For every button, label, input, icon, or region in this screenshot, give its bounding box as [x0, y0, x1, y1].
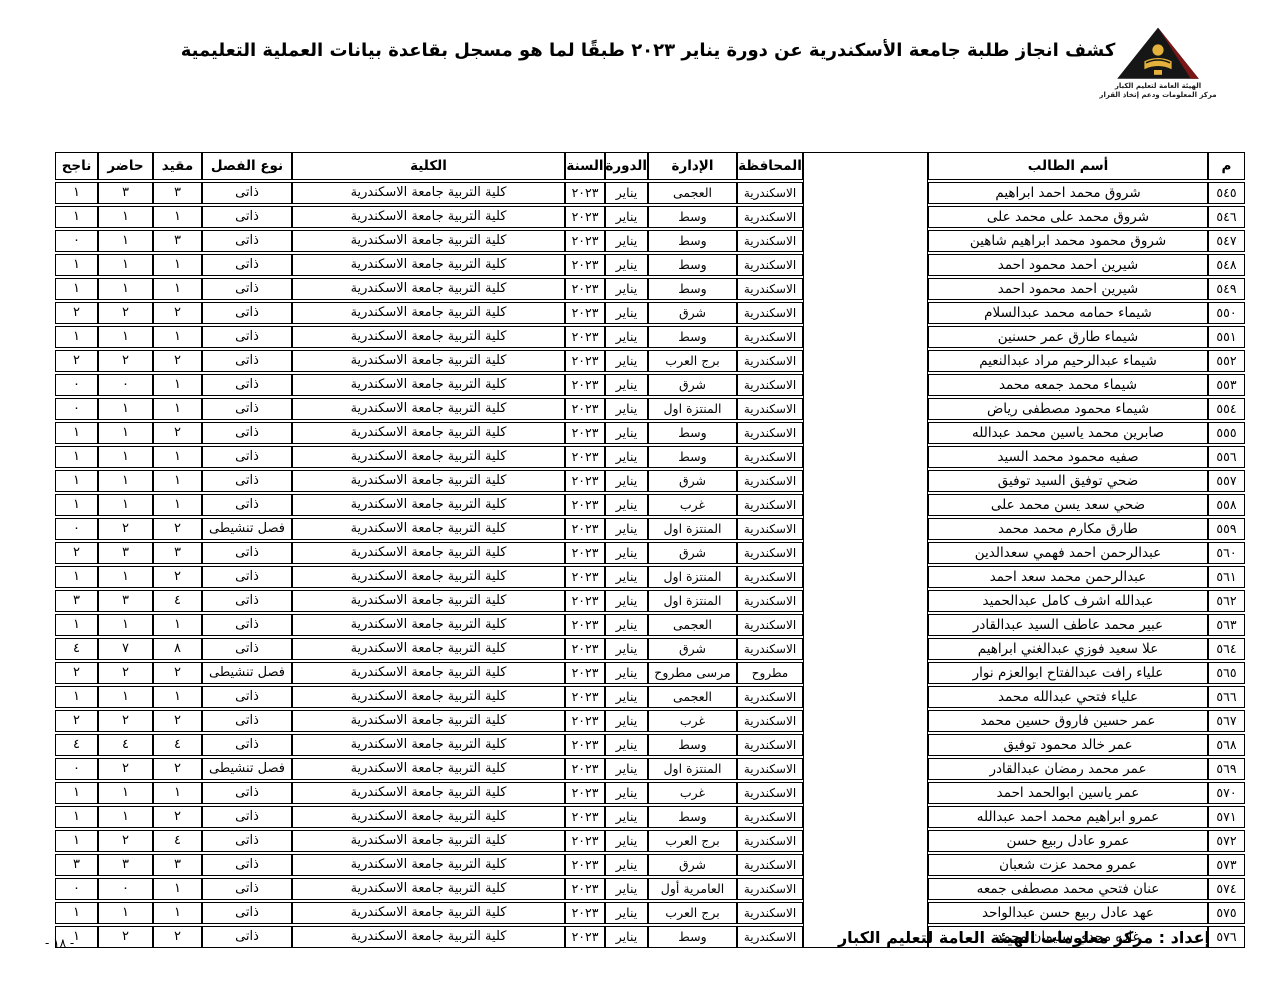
- cell-serial: ٥٥٩: [1208, 518, 1245, 540]
- cell-attended: ١: [98, 230, 153, 252]
- cell-college: كلية التربية جامعة الاسكندرية: [292, 350, 565, 372]
- cell-serial: ٥٧٥: [1208, 902, 1245, 924]
- cell-student-name: عمرو ابراهيم محمد احمد عبدالله: [928, 806, 1208, 828]
- table-row: ٥٤٥شروق محمد احمد ابراهيمالاسكندريةالعجم…: [55, 182, 1245, 204]
- cell-session: يناير: [605, 278, 648, 300]
- cell-college: كلية التربية جامعة الاسكندرية: [292, 614, 565, 636]
- cell-class-type: ذاتى: [202, 926, 292, 948]
- cell-governorate: مطروح: [737, 662, 803, 684]
- table-header-row: م أسم الطالب المحافظة الإدارة الدورة الس…: [55, 152, 1245, 180]
- cell-college: كلية التربية جامعة الاسكندرية: [292, 542, 565, 564]
- cell-governorate: الاسكندرية: [737, 230, 803, 252]
- cell-enrolled: ١: [153, 446, 202, 468]
- cell-governorate: الاسكندرية: [737, 566, 803, 588]
- cell-passed: ١: [55, 470, 98, 492]
- table-row: ٥٧١عمرو ابراهيم محمد احمد عبداللهالاسكند…: [55, 806, 1245, 828]
- cell-attended: ١: [98, 614, 153, 636]
- table-row: ٥٤٧شروق محمود محمد ابراهيم شاهينالاسكندر…: [55, 230, 1245, 252]
- cell-year: ٢٠٢٣: [565, 614, 605, 636]
- cell-class-type: ذاتى: [202, 782, 292, 804]
- cell-passed: ١: [55, 446, 98, 468]
- cell-enrolled: ١: [153, 494, 202, 516]
- cell-class-type: ذاتى: [202, 590, 292, 612]
- cell-session: يناير: [605, 854, 648, 876]
- cell-year: ٢٠٢٣: [565, 494, 605, 516]
- cell-passed: ٠: [55, 230, 98, 252]
- cell-class-type: ذاتى: [202, 326, 292, 348]
- cell-session: يناير: [605, 422, 648, 444]
- cell-class-type: ذاتى: [202, 470, 292, 492]
- authority-logo: الهيئة العامة لتعليم الكبار مركز المعلوم…: [1078, 26, 1238, 100]
- cell-serial: ٥٤٦: [1208, 206, 1245, 228]
- cell-attended: ٧: [98, 638, 153, 660]
- cell-administration: المنتزة اول: [648, 518, 737, 540]
- cell-student-name: شيرين احمد محمود احمد: [928, 254, 1208, 276]
- cell-college: كلية التربية جامعة الاسكندرية: [292, 806, 565, 828]
- cell-passed: ١: [55, 902, 98, 924]
- cell-year: ٢٠٢٣: [565, 806, 605, 828]
- cell-class-type: ذاتى: [202, 350, 292, 372]
- cell-enrolled: ٣: [153, 542, 202, 564]
- cell-college: كلية التربية جامعة الاسكندرية: [292, 374, 565, 396]
- cell-governorate: الاسكندرية: [737, 278, 803, 300]
- header-passed: ناجح: [55, 152, 98, 180]
- cell-serial: ٥٥٣: [1208, 374, 1245, 396]
- cell-administration: غرب: [648, 494, 737, 516]
- cell-governorate: الاسكندرية: [737, 254, 803, 276]
- cell-governorate: الاسكندرية: [737, 638, 803, 660]
- cell-passed: ١: [55, 326, 98, 348]
- cell-session: يناير: [605, 830, 648, 852]
- table-row: ٥٧٢عمرو عادل ربيع حسنالاسكندريةبرج العرب…: [55, 830, 1245, 852]
- cell-administration: غرب: [648, 710, 737, 732]
- cell-passed: ١: [55, 206, 98, 228]
- cell-passed: ١: [55, 566, 98, 588]
- cell-student-name: عمر ياسين ابوالحمد احمد: [928, 782, 1208, 804]
- cell-governorate: الاسكندرية: [737, 326, 803, 348]
- header-governorate: المحافظة: [737, 152, 803, 180]
- cell-college: كلية التربية جامعة الاسكندرية: [292, 278, 565, 300]
- cell-enrolled: ٢: [153, 758, 202, 780]
- cell-governorate: الاسكندرية: [737, 902, 803, 924]
- cell-administration: المنتزة اول: [648, 590, 737, 612]
- cell-passed: ٢: [55, 350, 98, 372]
- cell-enrolled: ٢: [153, 926, 202, 948]
- cell-year: ٢٠٢٣: [565, 374, 605, 396]
- cell-class-type: ذاتى: [202, 398, 292, 420]
- cell-class-type: ذاتى: [202, 206, 292, 228]
- cell-administration: المنتزة اول: [648, 566, 737, 588]
- cell-administration: العجمى: [648, 182, 737, 204]
- cell-class-type: ذاتى: [202, 374, 292, 396]
- cell-serial: ٥٦٦: [1208, 686, 1245, 708]
- table-row: ٥٦٢عبدالله اشرف كامل عبدالحميدالاسكندرية…: [55, 590, 1245, 612]
- cell-student-name: عمر محمد رمضان عبدالقادر: [928, 758, 1208, 780]
- cell-enrolled: ٢: [153, 806, 202, 828]
- table-row: ٥٦٤علا سعيد فوزي عبدالغني ابراهيمالاسكند…: [55, 638, 1245, 660]
- table-row: ٥٥٥صابرين محمد ياسين محمد عبداللهالاسكند…: [55, 422, 1245, 444]
- cell-administration: المنتزة اول: [648, 398, 737, 420]
- cell-serial: ٥٦٣: [1208, 614, 1245, 636]
- cell-year: ٢٠٢٣: [565, 278, 605, 300]
- cell-class-type: ذاتى: [202, 494, 292, 516]
- cell-college: كلية التربية جامعة الاسكندرية: [292, 854, 565, 876]
- cell-session: يناير: [605, 206, 648, 228]
- table-row: ٥٤٨شيرين احمد محمود احمدالاسكندريةوسطينا…: [55, 254, 1245, 276]
- cell-class-type: ذاتى: [202, 830, 292, 852]
- cell-class-type: ذاتى: [202, 734, 292, 756]
- cell-enrolled: ١: [153, 398, 202, 420]
- cell-administration: شرق: [648, 542, 737, 564]
- cell-session: يناير: [605, 686, 648, 708]
- cell-governorate: الاسكندرية: [737, 830, 803, 852]
- cell-serial: ٥٥١: [1208, 326, 1245, 348]
- report-sheet: كشف انجاز طلبة جامعة الأسكندرية عن دورة …: [0, 0, 1280, 988]
- cell-enrolled: ٢: [153, 302, 202, 324]
- cell-year: ٢٠٢٣: [565, 758, 605, 780]
- cell-student-name: شروق محمد على محمد على: [928, 206, 1208, 228]
- cell-college: كلية التربية جامعة الاسكندرية: [292, 470, 565, 492]
- cell-serial: ٥٥٥: [1208, 422, 1245, 444]
- cell-administration: وسط: [648, 422, 737, 444]
- header-student-name: أسم الطالب: [928, 152, 1208, 180]
- cell-college: كلية التربية جامعة الاسكندرية: [292, 182, 565, 204]
- cell-year: ٢٠٢٣: [565, 182, 605, 204]
- cell-passed: ٣: [55, 590, 98, 612]
- cell-session: يناير: [605, 614, 648, 636]
- cell-passed: ٠: [55, 878, 98, 900]
- cell-attended: ١: [98, 686, 153, 708]
- table-row: ٥٧٥عهد عادل ربيع حسن عبدالواحدالاسكندرية…: [55, 902, 1245, 924]
- cell-administration: العجمى: [648, 614, 737, 636]
- table-row: ٥٥٩طارق مكارم محمد محمدالاسكندريةالمنتزة…: [55, 518, 1245, 540]
- cell-attended: ٤: [98, 734, 153, 756]
- cell-session: يناير: [605, 926, 648, 948]
- cell-college: كلية التربية جامعة الاسكندرية: [292, 230, 565, 252]
- cell-governorate: الاسكندرية: [737, 782, 803, 804]
- cell-attended: ٣: [98, 590, 153, 612]
- cell-serial: ٥٥٠: [1208, 302, 1245, 324]
- cell-enrolled: ١: [153, 878, 202, 900]
- cell-administration: شرق: [648, 374, 737, 396]
- cell-passed: ٤: [55, 734, 98, 756]
- cell-session: يناير: [605, 374, 648, 396]
- cell-attended: ٣: [98, 542, 153, 564]
- cell-serial: ٥٥٨: [1208, 494, 1245, 516]
- cell-student-name: عبدالرحمن محمد سعد احمد: [928, 566, 1208, 588]
- cell-student-name: عمر حسين فاروق حسين محمد: [928, 710, 1208, 732]
- cell-governorate: الاسكندرية: [737, 854, 803, 876]
- table-row: ٥٦٨عمر خالد محمود توفيقالاسكندريةوسطيناي…: [55, 734, 1245, 756]
- cell-enrolled: ٤: [153, 590, 202, 612]
- cell-passed: ٢: [55, 710, 98, 732]
- cell-year: ٢٠٢٣: [565, 446, 605, 468]
- cell-governorate: الاسكندرية: [737, 758, 803, 780]
- cell-session: يناير: [605, 470, 648, 492]
- cell-student-name: عبدالرحمن احمد فهمي سعدالدين: [928, 542, 1208, 564]
- cell-college: كلية التربية جامعة الاسكندرية: [292, 446, 565, 468]
- cell-passed: ١: [55, 806, 98, 828]
- cell-governorate: الاسكندرية: [737, 878, 803, 900]
- cell-college: كلية التربية جامعة الاسكندرية: [292, 590, 565, 612]
- cell-enrolled: ٢: [153, 518, 202, 540]
- cell-enrolled: ٢: [153, 566, 202, 588]
- cell-passed: ١: [55, 686, 98, 708]
- table-row: ٥٤٩شيرين احمد محمود احمدالاسكندريةوسطينا…: [55, 278, 1245, 300]
- cell-year: ٢٠٢٣: [565, 782, 605, 804]
- cell-attended: ٢: [98, 926, 153, 948]
- cell-session: يناير: [605, 782, 648, 804]
- cell-attended: ٢: [98, 350, 153, 372]
- table-row: ٥٦٧عمر حسين فاروق حسين محمدالاسكندريةغرب…: [55, 710, 1245, 732]
- cell-session: يناير: [605, 350, 648, 372]
- table-row: ٥٦٥علياء رافت عبدالفتاح ابوالعزم نوارمطر…: [55, 662, 1245, 684]
- cell-administration: وسط: [648, 926, 737, 948]
- cell-student-name: عهد عادل ربيع حسن عبدالواحد: [928, 902, 1208, 924]
- cell-class-type: فصل تنشيطى: [202, 662, 292, 684]
- cell-year: ٢٠٢٣: [565, 398, 605, 420]
- cell-attended: ١: [98, 470, 153, 492]
- cell-passed: ١: [55, 182, 98, 204]
- cell-college: كلية التربية جامعة الاسكندرية: [292, 710, 565, 732]
- cell-class-type: ذاتى: [202, 230, 292, 252]
- cell-class-type: ذاتى: [202, 878, 292, 900]
- cell-session: يناير: [605, 302, 648, 324]
- cell-college: كلية التربية جامعة الاسكندرية: [292, 830, 565, 852]
- table-row: ٥٦٩عمر محمد رمضان عبدالقادرالاسكندريةالم…: [55, 758, 1245, 780]
- table-row: ٥٥٤شيماء محمود مصطفى رياضالاسكندريةالمنت…: [55, 398, 1245, 420]
- cell-session: يناير: [605, 758, 648, 780]
- cell-passed: ٠: [55, 758, 98, 780]
- cell-session: يناير: [605, 182, 648, 204]
- cell-college: كلية التربية جامعة الاسكندرية: [292, 326, 565, 348]
- cell-class-type: ذاتى: [202, 638, 292, 660]
- cell-class-type: ذاتى: [202, 542, 292, 564]
- cell-administration: وسط: [648, 446, 737, 468]
- cell-college: كلية التربية جامعة الاسكندرية: [292, 638, 565, 660]
- cell-serial: ٥٧٦: [1208, 926, 1245, 948]
- table-row: ٥٦١عبدالرحمن محمد سعد احمدالاسكندريةالمن…: [55, 566, 1245, 588]
- cell-student-name: صفيه محمود محمد السيد: [928, 446, 1208, 468]
- cell-student-name: شروق محمود محمد ابراهيم شاهين: [928, 230, 1208, 252]
- cell-student-name: علا سعيد فوزي عبدالغني ابراهيم: [928, 638, 1208, 660]
- cell-session: يناير: [605, 326, 648, 348]
- table-row: ٥٤٦شروق محمد على محمد علىالاسكندريةوسطين…: [55, 206, 1245, 228]
- cell-college: كلية التربية جامعة الاسكندرية: [292, 758, 565, 780]
- cell-college: كلية التربية جامعة الاسكندرية: [292, 398, 565, 420]
- cell-session: يناير: [605, 542, 648, 564]
- table-row: ٥٥٠شيماء حمامه محمد عبدالسلامالاسكندريةش…: [55, 302, 1245, 324]
- cell-session: يناير: [605, 734, 648, 756]
- cell-enrolled: ٤: [153, 830, 202, 852]
- cell-attended: ٢: [98, 518, 153, 540]
- cell-class-type: ذاتى: [202, 806, 292, 828]
- table-row: ٥٥٦صفيه محمود محمد السيدالاسكندريةوسطينا…: [55, 446, 1245, 468]
- cell-college: كلية التربية جامعة الاسكندرية: [292, 302, 565, 324]
- cell-administration: مرسى مطروح: [648, 662, 737, 684]
- cell-serial: ٥٧١: [1208, 806, 1245, 828]
- cell-administration: وسط: [648, 806, 737, 828]
- cell-student-name: عمرو محمد عزت شعبان: [928, 854, 1208, 876]
- cell-student-name: شيماء حمامه محمد عبدالسلام: [928, 302, 1208, 324]
- cell-passed: ١: [55, 278, 98, 300]
- cell-college: كلية التربية جامعة الاسكندرية: [292, 782, 565, 804]
- cell-attended: ١: [98, 902, 153, 924]
- cell-college: كلية التربية جامعة الاسكندرية: [292, 494, 565, 516]
- cell-serial: ٥٧٢: [1208, 830, 1245, 852]
- cell-attended: ١: [98, 494, 153, 516]
- cell-attended: ١: [98, 806, 153, 828]
- cell-enrolled: ٢: [153, 710, 202, 732]
- cell-college: كلية التربية جامعة الاسكندرية: [292, 422, 565, 444]
- cell-enrolled: ٣: [153, 182, 202, 204]
- cell-administration: برج العرب: [648, 830, 737, 852]
- cell-administration: شرق: [648, 302, 737, 324]
- cell-passed: ٢: [55, 542, 98, 564]
- cell-student-name: شيماء طارق عمر حسنين: [928, 326, 1208, 348]
- table-row: ٥٥١شيماء طارق عمر حسنينالاسكندريةوسطيناي…: [55, 326, 1245, 348]
- cell-passed: ٢: [55, 302, 98, 324]
- cell-governorate: الاسكندرية: [737, 614, 803, 636]
- cell-class-type: ذاتى: [202, 422, 292, 444]
- cell-year: ٢٠٢٣: [565, 326, 605, 348]
- cell-college: كلية التربية جامعة الاسكندرية: [292, 686, 565, 708]
- cell-year: ٢٠٢٣: [565, 710, 605, 732]
- header-class-type: نوع الفصل: [202, 152, 292, 180]
- cell-attended: ٢: [98, 710, 153, 732]
- cell-session: يناير: [605, 566, 648, 588]
- cell-administration: وسط: [648, 734, 737, 756]
- cell-year: ٢٠٢٣: [565, 662, 605, 684]
- cell-passed: ١: [55, 422, 98, 444]
- cell-attended: ٢: [98, 830, 153, 852]
- cell-administration: العامرية أول: [648, 878, 737, 900]
- cell-college: كلية التربية جامعة الاسكندرية: [292, 926, 565, 948]
- cell-serial: ٥٤٧: [1208, 230, 1245, 252]
- cell-serial: ٥٥٢: [1208, 350, 1245, 372]
- cell-student-name: عمر خالد محمود توفيق: [928, 734, 1208, 756]
- cell-serial: ٥٧٤: [1208, 878, 1245, 900]
- cell-serial: ٥٤٨: [1208, 254, 1245, 276]
- cell-serial: ٥٤٩: [1208, 278, 1245, 300]
- cell-college: كلية التربية جامعة الاسكندرية: [292, 518, 565, 540]
- cell-session: يناير: [605, 398, 648, 420]
- cell-enrolled: ١: [153, 254, 202, 276]
- cell-administration: وسط: [648, 326, 737, 348]
- cell-enrolled: ١: [153, 374, 202, 396]
- logo-text-line1: الهيئة العامة لتعليم الكبار: [1078, 82, 1238, 91]
- cell-year: ٢٠٢٣: [565, 254, 605, 276]
- cell-governorate: الاسكندرية: [737, 446, 803, 468]
- cell-enrolled: ٢: [153, 662, 202, 684]
- cell-attended: ٢: [98, 302, 153, 324]
- cell-administration: شرق: [648, 470, 737, 492]
- cell-governorate: الاسكندرية: [737, 302, 803, 324]
- cell-passed: ٢: [55, 662, 98, 684]
- cell-enrolled: ١: [153, 902, 202, 924]
- cell-session: يناير: [605, 518, 648, 540]
- cell-year: ٢٠٢٣: [565, 350, 605, 372]
- cell-year: ٢٠٢٣: [565, 878, 605, 900]
- cell-attended: ٠: [98, 374, 153, 396]
- cell-student-name: شروق محمد احمد ابراهيم: [928, 182, 1208, 204]
- cell-governorate: الاسكندرية: [737, 470, 803, 492]
- cell-passed: ١: [55, 494, 98, 516]
- cell-session: يناير: [605, 638, 648, 660]
- table-row: ٥٦٠عبدالرحمن احمد فهمي سعدالدينالاسكندري…: [55, 542, 1245, 564]
- cell-class-type: فصل تنشيطى: [202, 518, 292, 540]
- cell-attended: ١: [98, 254, 153, 276]
- cell-class-type: ذاتى: [202, 710, 292, 732]
- prepared-by-text: إعداد : مركز معلومات الهيئة العامة لتعلي…: [838, 928, 1210, 947]
- cell-serial: ٥٥٤: [1208, 398, 1245, 420]
- cell-serial: ٥٦٥: [1208, 662, 1245, 684]
- cell-enrolled: ٢: [153, 350, 202, 372]
- cell-class-type: ذاتى: [202, 254, 292, 276]
- cell-attended: ٣: [98, 854, 153, 876]
- cell-passed: ١: [55, 614, 98, 636]
- cell-administration: برج العرب: [648, 350, 737, 372]
- cell-governorate: الاسكندرية: [737, 686, 803, 708]
- cell-governorate: الاسكندرية: [737, 374, 803, 396]
- header-administration: الإدارة: [648, 152, 737, 180]
- cell-year: ٢٠٢٣: [565, 926, 605, 948]
- cell-college: كلية التربية جامعة الاسكندرية: [292, 662, 565, 684]
- cell-year: ٢٠٢٣: [565, 542, 605, 564]
- cell-passed: ٠: [55, 398, 98, 420]
- cell-year: ٢٠٢٣: [565, 566, 605, 588]
- cell-session: يناير: [605, 590, 648, 612]
- cell-passed: ٠: [55, 374, 98, 396]
- cell-serial: ٥٥٧: [1208, 470, 1245, 492]
- cell-year: ٢٠٢٣: [565, 302, 605, 324]
- cell-administration: شرق: [648, 638, 737, 660]
- table-row: ٥٥٣شيماء محمد جمعه محمدالاسكندريةشرقيناي…: [55, 374, 1245, 396]
- cell-attended: ٢: [98, 662, 153, 684]
- cell-year: ٢٠٢٣: [565, 734, 605, 756]
- cell-governorate: الاسكندرية: [737, 926, 803, 948]
- cell-class-type: ذاتى: [202, 686, 292, 708]
- cell-year: ٢٠٢٣: [565, 518, 605, 540]
- cell-attended: ٠: [98, 878, 153, 900]
- cell-student-name: ضحي توفيق السيد توفيق: [928, 470, 1208, 492]
- cell-passed: ٠: [55, 518, 98, 540]
- cell-serial: ٥٦٨: [1208, 734, 1245, 756]
- table-row: ٥٦٦علياء فتحي عبدالله محمدالاسكندريةالعج…: [55, 686, 1245, 708]
- cell-student-name: عنان فتحي محمد مصطفى جمعه: [928, 878, 1208, 900]
- table-row: ٥٦٣عبير محمد عاطف السيد عبدالقادرالاسكند…: [55, 614, 1245, 636]
- cell-governorate: الاسكندرية: [737, 398, 803, 420]
- cell-session: يناير: [605, 878, 648, 900]
- cell-year: ٢٠٢٣: [565, 590, 605, 612]
- cell-student-name: ضحي سعد يسن محمد على: [928, 494, 1208, 516]
- cell-administration: وسط: [648, 206, 737, 228]
- cell-student-name: عبدالله اشرف كامل عبدالحميد: [928, 590, 1208, 612]
- cell-passed: ١: [55, 782, 98, 804]
- cell-serial: ٥٥٦: [1208, 446, 1245, 468]
- cell-session: يناير: [605, 662, 648, 684]
- students-achievement-table: م أسم الطالب المحافظة الإدارة الدورة الس…: [55, 150, 1245, 950]
- cell-governorate: الاسكندرية: [737, 422, 803, 444]
- cell-college: كلية التربية جامعة الاسكندرية: [292, 734, 565, 756]
- table-row: ٥٧٣عمرو محمد عزت شعبانالاسكندريةشرقيناير…: [55, 854, 1245, 876]
- cell-student-name: عبير محمد عاطف السيد عبدالقادر: [928, 614, 1208, 636]
- cell-student-name: شيرين احمد محمود احمد: [928, 278, 1208, 300]
- cell-serial: ٥٦٧: [1208, 710, 1245, 732]
- cell-class-type: ذاتى: [202, 854, 292, 876]
- cell-governorate: الاسكندرية: [737, 710, 803, 732]
- cell-administration: وسط: [648, 254, 737, 276]
